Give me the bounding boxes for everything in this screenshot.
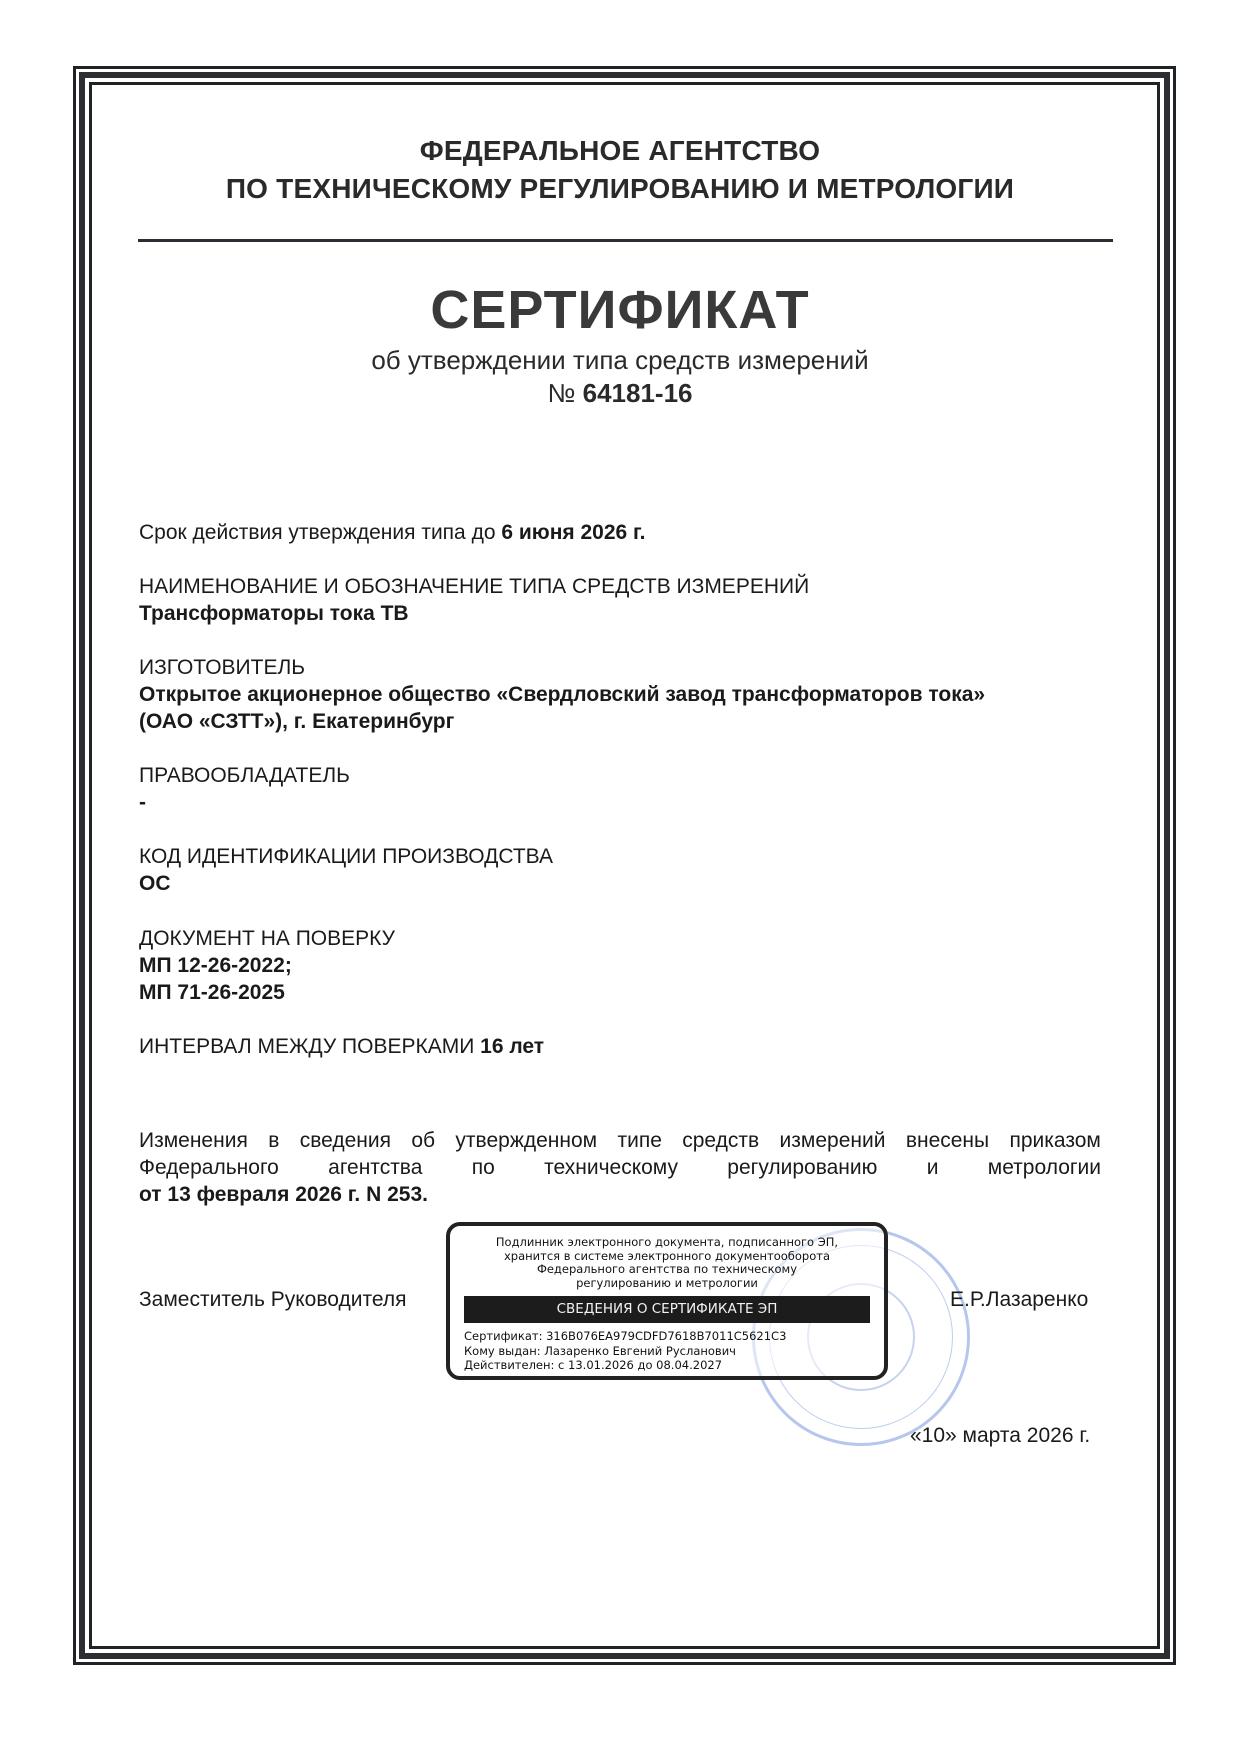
word: сведения: [300, 1127, 391, 1154]
esig-details: Сертификат: 316B076EA979CDFD7618B7011C56…: [464, 1329, 884, 1373]
section-value: Трансформаторы тока ТВ: [139, 600, 809, 627]
section-label: КОД ИДЕНТИФИКАЦИИ ПРОИЗВОДСТВА: [139, 843, 553, 870]
signatory-name: Е.Р.Лазаренко: [950, 1286, 1088, 1313]
word: средств: [682, 1127, 759, 1154]
section-rights-holder: ПРАВООБЛАДАТЕЛЬ -: [139, 762, 350, 816]
section-label: ИЗГОТОВИТЕЛЬ: [139, 654, 985, 681]
word: метрологии: [988, 1154, 1101, 1181]
word: Изменения: [139, 1127, 248, 1154]
section-type-name: НАИМЕНОВАНИЕ И ОБОЗНАЧЕНИЕ ТИПА СРЕДСТВ …: [139, 573, 809, 627]
section-value: МП 71-26-2025: [139, 979, 395, 1006]
word: типе: [617, 1127, 661, 1154]
word: внесены: [906, 1127, 989, 1154]
word: регулированию: [727, 1154, 877, 1181]
validity-value: 6 июня 2026 г.: [501, 521, 645, 544]
validity-label: Срок действия утверждения типа до: [139, 521, 496, 544]
esig-notice: Подлинник электронного документа, подпис…: [450, 1236, 884, 1290]
validity-line: Срок действия утверждения типа до 6 июня…: [139, 519, 646, 546]
electronic-signature-block: Подлинник электронного документа, подпис…: [446, 1222, 888, 1380]
amendment-line-2: Федерального агентства по техническому р…: [139, 1154, 1101, 1181]
esig-notice-line: хранится в системе электронного документ…: [450, 1250, 884, 1264]
certificate-number-value: 64181-16: [583, 378, 693, 408]
esig-title-bar: СВЕДЕНИЯ О СЕРТИФИКАТЕ ЭП: [464, 1296, 870, 1323]
section-label: НАИМЕНОВАНИЕ И ОБОЗНАЧЕНИЕ ТИПА СРЕДСТВ …: [139, 573, 809, 600]
word: утвержденном: [455, 1127, 597, 1154]
agency-line-1: ФЕДЕРАЛЬНОЕ АГЕНТСТВО: [0, 132, 1240, 170]
amendment-paragraph: Изменения в сведения об утвержденном тип…: [139, 1127, 1101, 1208]
amendment-order-reference: от 13 февраля 2026 г. N 253.: [139, 1181, 1101, 1208]
word: Федерального: [139, 1154, 279, 1181]
signatory-position: Заместитель Руководителя: [139, 1286, 406, 1313]
section-verification-document: ДОКУМЕНТ НА ПОВЕРКУ МП 12-26-2022; МП 71…: [139, 925, 395, 1006]
word: техническому: [544, 1154, 678, 1181]
agency-header: ФЕДЕРАЛЬНОЕ АГЕНТСТВО ПО ТЕХНИЧЕСКОМУ РЕ…: [0, 132, 1240, 208]
section-value: Открытое акционерное общество «Свердловс…: [139, 681, 985, 708]
word: и: [927, 1154, 939, 1181]
certificate-number: № 64181-16: [0, 377, 1240, 409]
section-manufacturer: ИЗГОТОВИТЕЛЬ Открытое акционерное общест…: [139, 654, 985, 735]
agency-line-2: ПО ТЕХНИЧЕСКОМУ РЕГУЛИРОВАНИЮ И МЕТРОЛОГ…: [0, 170, 1240, 208]
section-label: ДОКУМЕНТ НА ПОВЕРКУ: [139, 925, 395, 952]
esig-validity: Действителен: с 13.01.2026 до 08.04.2027: [464, 1358, 884, 1373]
signature-date: «10» марта 2026 г.: [910, 1422, 1090, 1449]
section-value: -: [139, 789, 350, 816]
interval-label: ИНТЕРВАЛ МЕЖДУ ПОВЕРКАМИ: [139, 1035, 474, 1058]
header-divider: [138, 239, 1113, 242]
number-sign: №: [547, 378, 575, 408]
word: по: [472, 1154, 495, 1181]
section-value: ОС: [139, 870, 553, 897]
word: об: [411, 1127, 435, 1154]
word: в: [268, 1127, 279, 1154]
section-value: (ОАО «СЗТТ»), г. Екатеринбург: [139, 708, 985, 735]
word: агентства: [328, 1154, 422, 1181]
verification-interval: ИНТЕРВАЛ МЕЖДУ ПОВЕРКАМИ 16 лет: [139, 1033, 544, 1060]
esig-notice-line: Федерального агентства по техническому: [450, 1263, 884, 1277]
esig-notice-line: Подлинник электронного документа, подпис…: [450, 1236, 884, 1250]
word: измерений: [780, 1127, 886, 1154]
section-value: МП 12-26-2022;: [139, 952, 395, 979]
interval-value: 16 лет: [480, 1035, 544, 1058]
amendment-line-1: Изменения в сведения об утвержденном тип…: [139, 1127, 1101, 1154]
certificate-subtitle: об утверждении типа средств измерений: [0, 344, 1240, 376]
section-production-code: КОД ИДЕНТИФИКАЦИИ ПРОИЗВОДСТВА ОС: [139, 843, 553, 897]
esig-issued-to: Кому выдан: Лазаренко Евгений Русланович: [464, 1344, 884, 1359]
certificate-title: СЕРТИФИКАТ: [0, 278, 1240, 342]
word: приказом: [1009, 1127, 1100, 1154]
section-label: ПРАВООБЛАДАТЕЛЬ: [139, 762, 350, 789]
esig-certificate-id: Сертификат: 316B076EA979CDFD7618B7011C56…: [464, 1329, 884, 1344]
esig-notice-line: регулированию и метрологии: [450, 1277, 884, 1291]
